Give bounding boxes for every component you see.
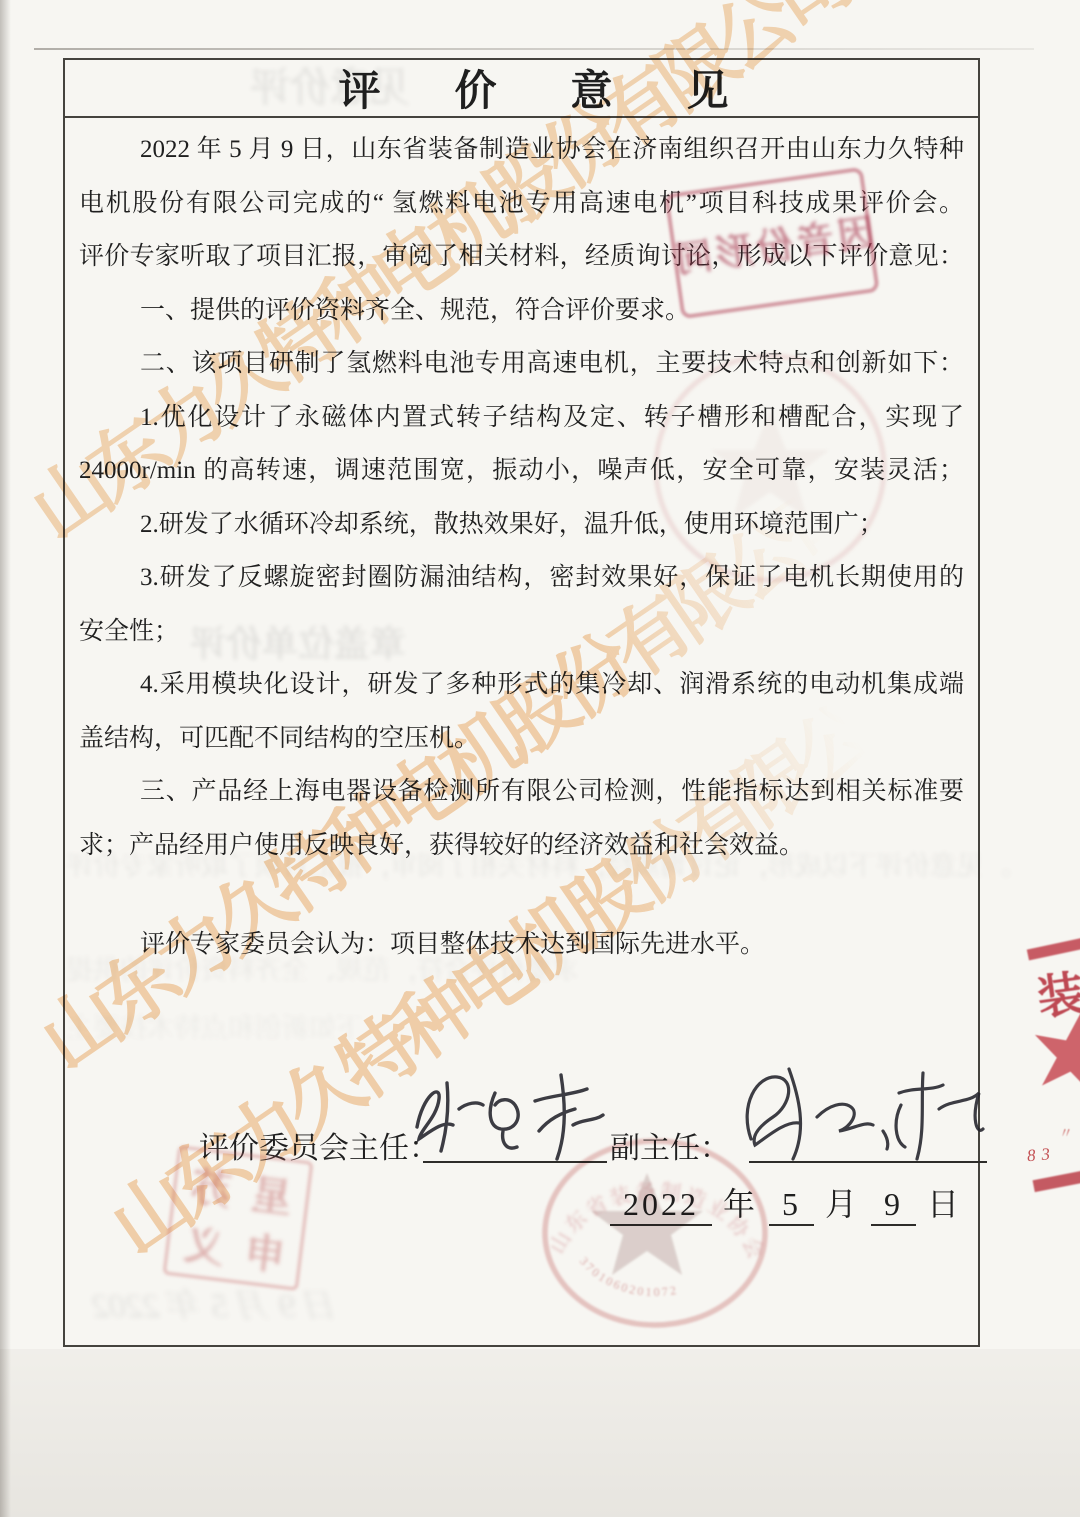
document-title: 评 价 意 见	[298, 58, 744, 118]
body-line: 1.优化设计了永磁体内置式转子结构及定、转子槽形和槽配合，实现了	[65, 391, 978, 445]
body-line: 电机股份有限公司完成的“ 氢燃料电池专用高速电机”项目科技成果评价会。	[65, 177, 978, 231]
stamp-border-bar	[1027, 933, 1080, 961]
date-day-unit: 日	[927, 1186, 962, 1222]
paper-lower-tone	[0, 1349, 1080, 1517]
body-line: 评价专家听取了项目汇报，审阅了相关材料，经质询讨论，形成以下评价意见：	[65, 230, 978, 284]
vice-signature-line	[749, 1161, 987, 1163]
body-line: 求；产品经用户使用反映良好，获得较好的经济效益和社会效益。	[65, 819, 978, 873]
chairman-signature	[403, 1065, 613, 1165]
body-line: 2022 年 5 月 9 日，山东省装备制造业协会在济南组织召开由山东力久特种	[65, 123, 978, 177]
body-line: 一、提供的评价资料齐全、规范，符合评价要求。	[65, 284, 978, 338]
document-body: 2022 年 5 月 9 日，山东省装备制造业协会在济南组织召开由山东力久特种电…	[65, 123, 978, 1348]
body-line: 二、该项目研制了氢燃料电池专用高速电机，主要技术特点和创新如下：	[65, 337, 978, 391]
scanned-evaluation-document: 见意价评 章盖位单价评 。见意价评下以成形，论讨询质经，料材关相了阅审，报汇目项…	[0, 0, 1080, 1517]
body-line: 安全性；	[65, 605, 978, 659]
body-line: 4.采用模块化设计，研发了多种形式的集冷却、润滑系统的电动机集成端	[65, 658, 978, 712]
date-month-unit: 月	[825, 1186, 860, 1222]
vice-chairman-signatures	[733, 1061, 988, 1166]
stamp-number: 83	[1026, 1144, 1057, 1166]
body-line: 三、产品经上海电器设备检测所有限公司检测，性能指标达到相关标准要	[65, 765, 978, 819]
red-star-icon: ★	[1016, 993, 1080, 1116]
evaluation-date: 2022 年 5 月 9 日	[610, 1179, 962, 1225]
date-day: 9	[871, 1186, 916, 1226]
body-line: 盖结构，可匹配不同结构的空压机。	[65, 712, 978, 766]
date-year-unit: 年	[723, 1186, 758, 1222]
stamp-small-marks: 〃	[1059, 1123, 1073, 1143]
body-line: 评价专家委员会认为：项目整体技术达到国际先进水平。	[65, 918, 978, 972]
stamp-border-bar	[1033, 1166, 1080, 1192]
body-line: 2.研发了水循环冷却系统，散热效果好，温升低，使用环境范围广；	[65, 498, 978, 552]
scan-left-shadow	[0, 0, 11, 1517]
stamp-char-zhuang: 装	[1033, 956, 1080, 1029]
date-month: 5	[769, 1186, 814, 1226]
right-edge-partial-stamp: 装 ★ 〃 83	[1015, 933, 1080, 1195]
evaluation-opinion-box: 评 价 意 见 2022 年 5 月 9 日，山东省装备制造业协会在济南组织召开…	[63, 58, 980, 1347]
body-line: 3.研发了反螺旋密封圈防漏油结构，密封效果好，保证了电机长期使用的	[65, 551, 978, 605]
chairman-signature-line	[423, 1161, 607, 1163]
vice-chairman-label: 副主任：	[610, 1123, 730, 1167]
title-row: 评 价 意 见	[65, 60, 978, 118]
date-year: 2022	[610, 1186, 712, 1226]
scan-edge-line	[34, 48, 1034, 50]
body-line: 24000r/min 的高转速，调速范围宽，振动小，噪声低，安全可靠，安装灵活；	[65, 444, 978, 498]
